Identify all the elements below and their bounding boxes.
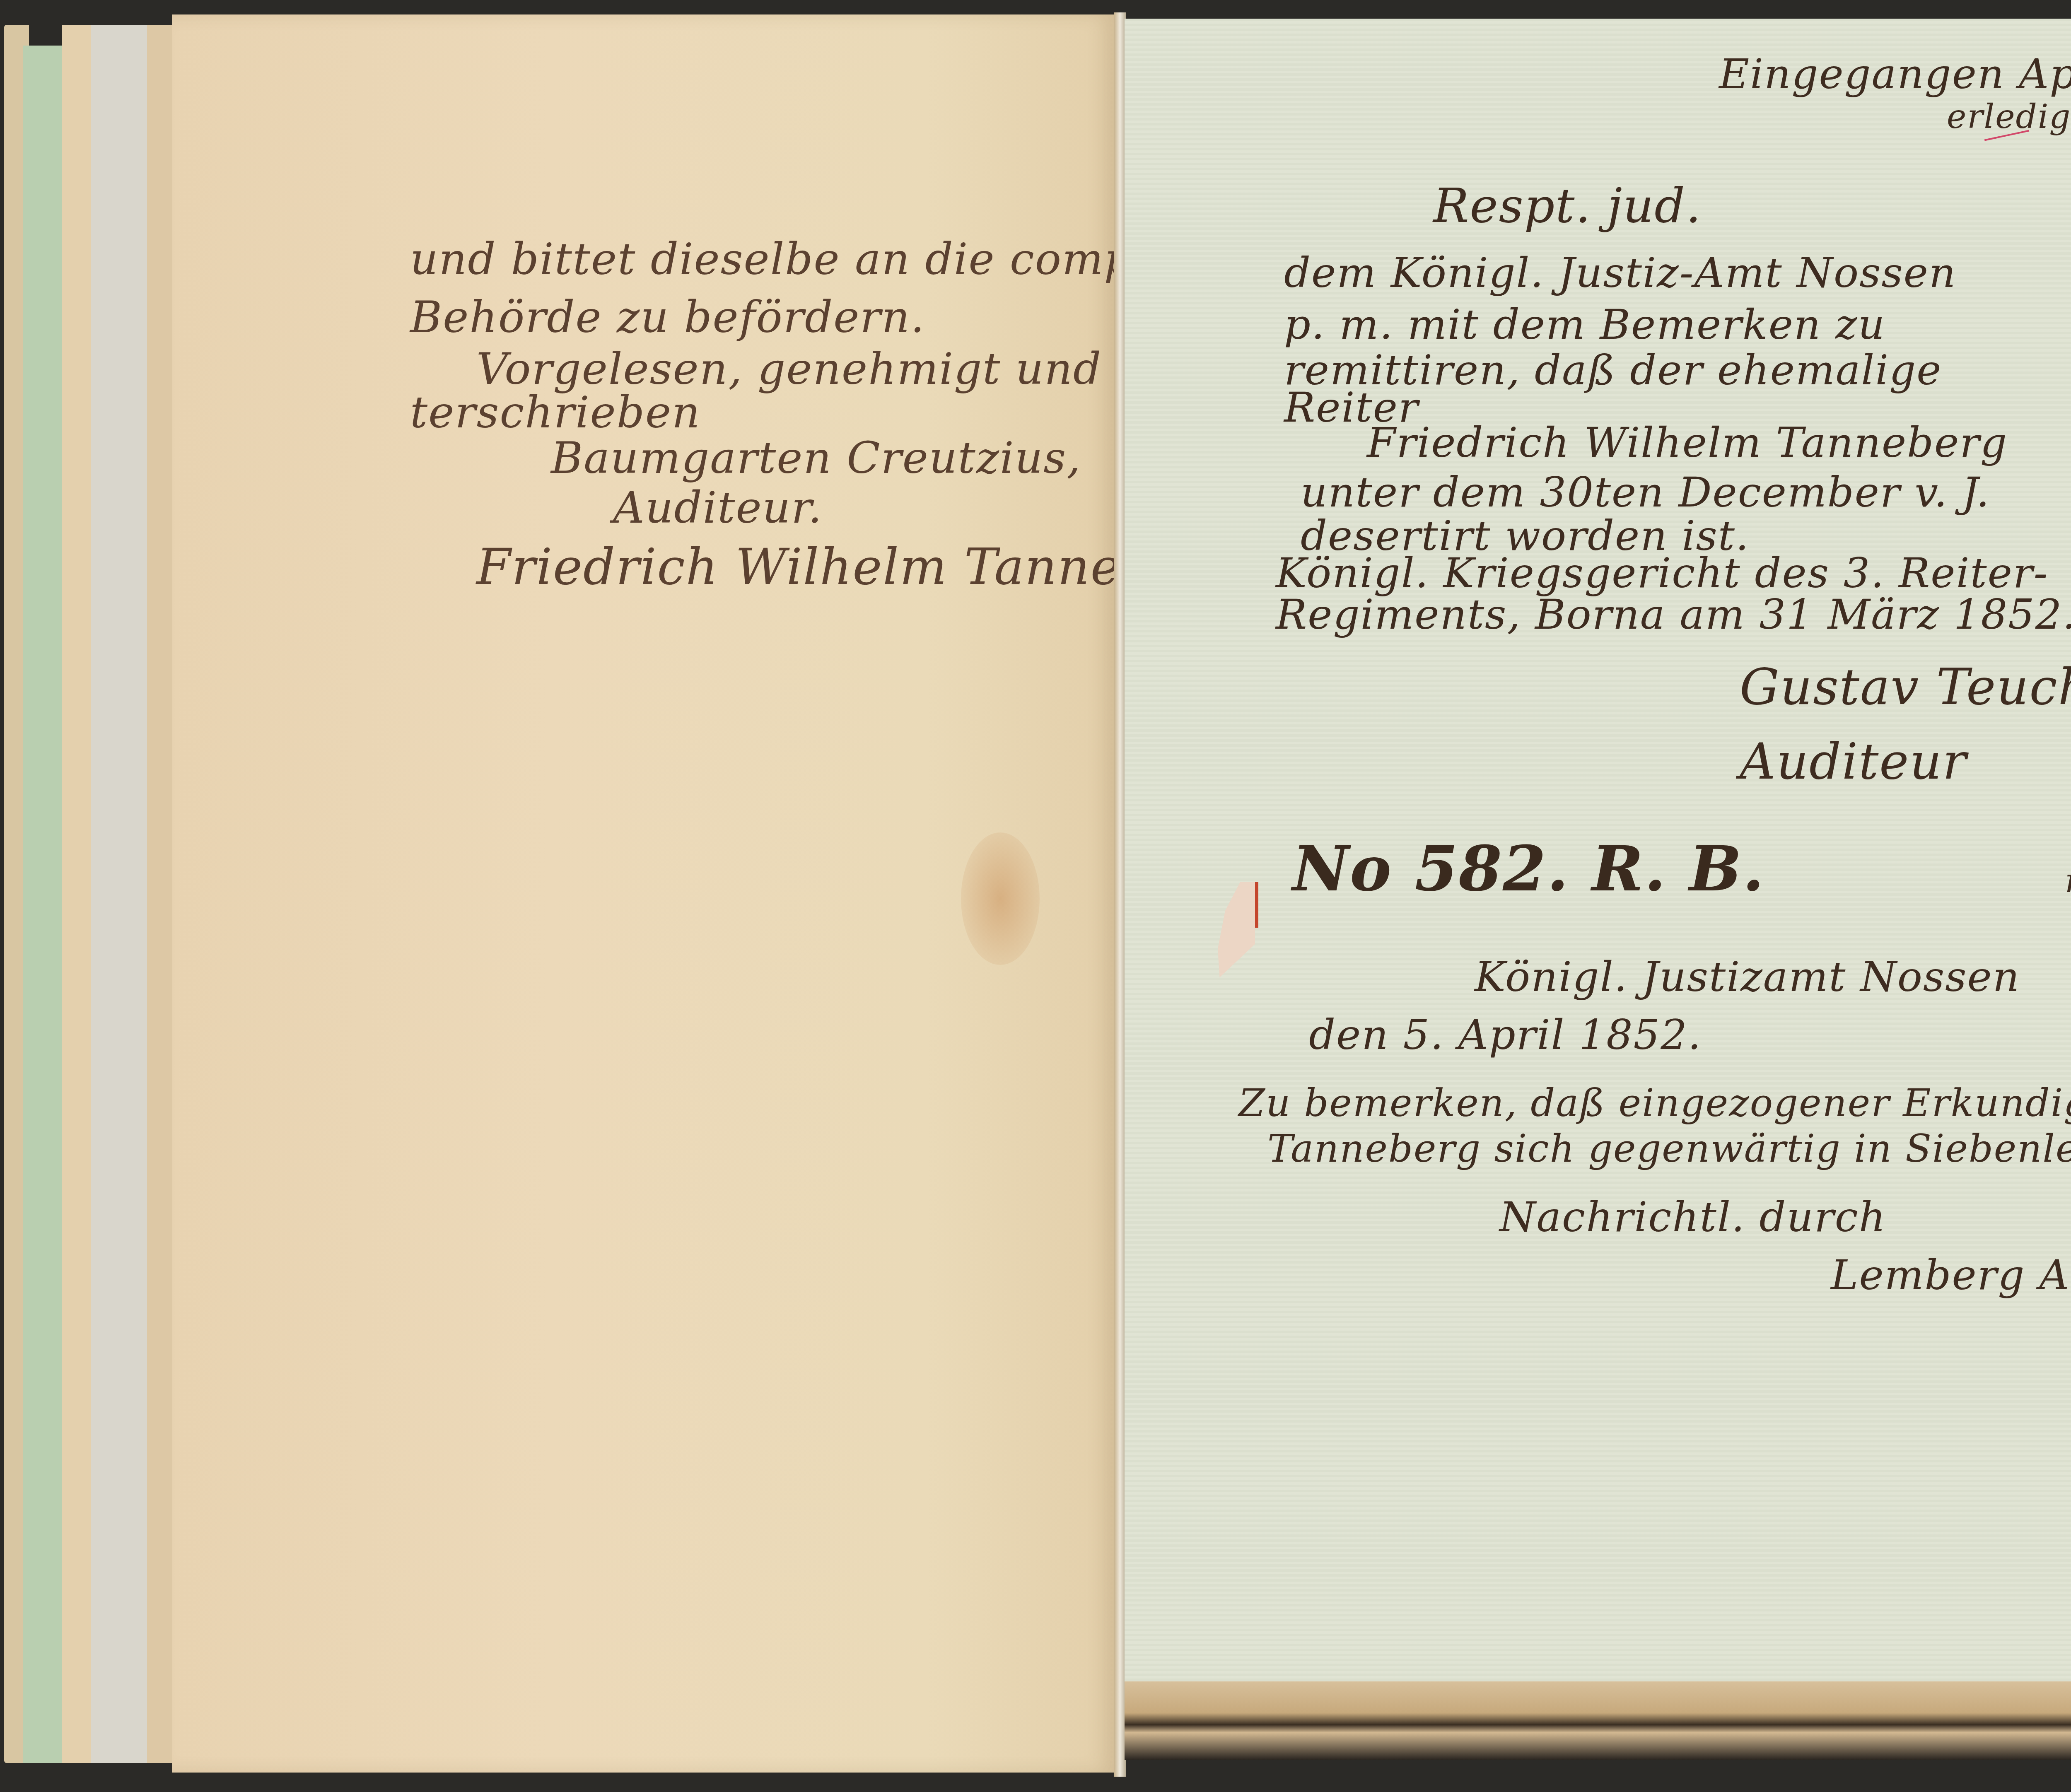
left-signature-auditor: Baumgarten Creutzius,: [551, 433, 1081, 483]
reply-date: den 5. April 1852.: [1309, 1011, 1702, 1059]
red-thread: [1255, 882, 1258, 928]
reply-line-2: Tanneberg sich gegenwärtig in Siebenlehn…: [1267, 1126, 2071, 1171]
left-line-4: terschrieben: [410, 387, 701, 438]
body-line-2: p. m. mit dem Bemerken zu: [1284, 300, 1885, 349]
body-line-1: dem Königl. Justiz-Amt Nossen: [1284, 248, 1956, 297]
left-line-2: Behörde zu befördern.: [410, 292, 925, 342]
left-signature-title: Auditeur.: [613, 482, 823, 533]
reply-closing: Nachrichtl. durch: [1499, 1193, 1886, 1241]
signature-name: Gustav Teucher: [1740, 658, 2071, 716]
received-note: Eingegangen April 1852: [1719, 50, 2071, 98]
reply-signature: Lemberg Act.: [1831, 1251, 2071, 1299]
body-line-9: Regiments, Borna am 31 März 1852.: [1276, 590, 2071, 639]
book-edge-sheet: [147, 25, 172, 1763]
registry-number: No 582. R. B.: [1292, 832, 1765, 905]
water-stain: [961, 832, 1040, 965]
book-edge-sheet: [62, 25, 91, 1763]
signature-title: Auditeur: [1740, 733, 1967, 791]
book-edge-green-sheet: [23, 46, 62, 1763]
reply-line-1: Zu bemerken, daß eingezogener Erkundigun…: [1238, 1081, 2071, 1125]
body-line-6: unter dem 30ten December v. J.: [1301, 468, 1990, 516]
book-edge-grey-sheet: [91, 25, 149, 1763]
bottom-page-edges: [1125, 1681, 2071, 1760]
reply-heading: Königl. Justizamt Nossen: [1475, 953, 2020, 1001]
torn-fragment-text-2: ngen: [2065, 861, 2071, 900]
body-line-5: Friedrich Wilhelm Tanneberg: [1367, 418, 2008, 467]
document-title: Respt. jud.: [1433, 178, 1702, 234]
book-gutter: [1114, 12, 1126, 1777]
settled-note: erledigt: [1947, 97, 2071, 136]
